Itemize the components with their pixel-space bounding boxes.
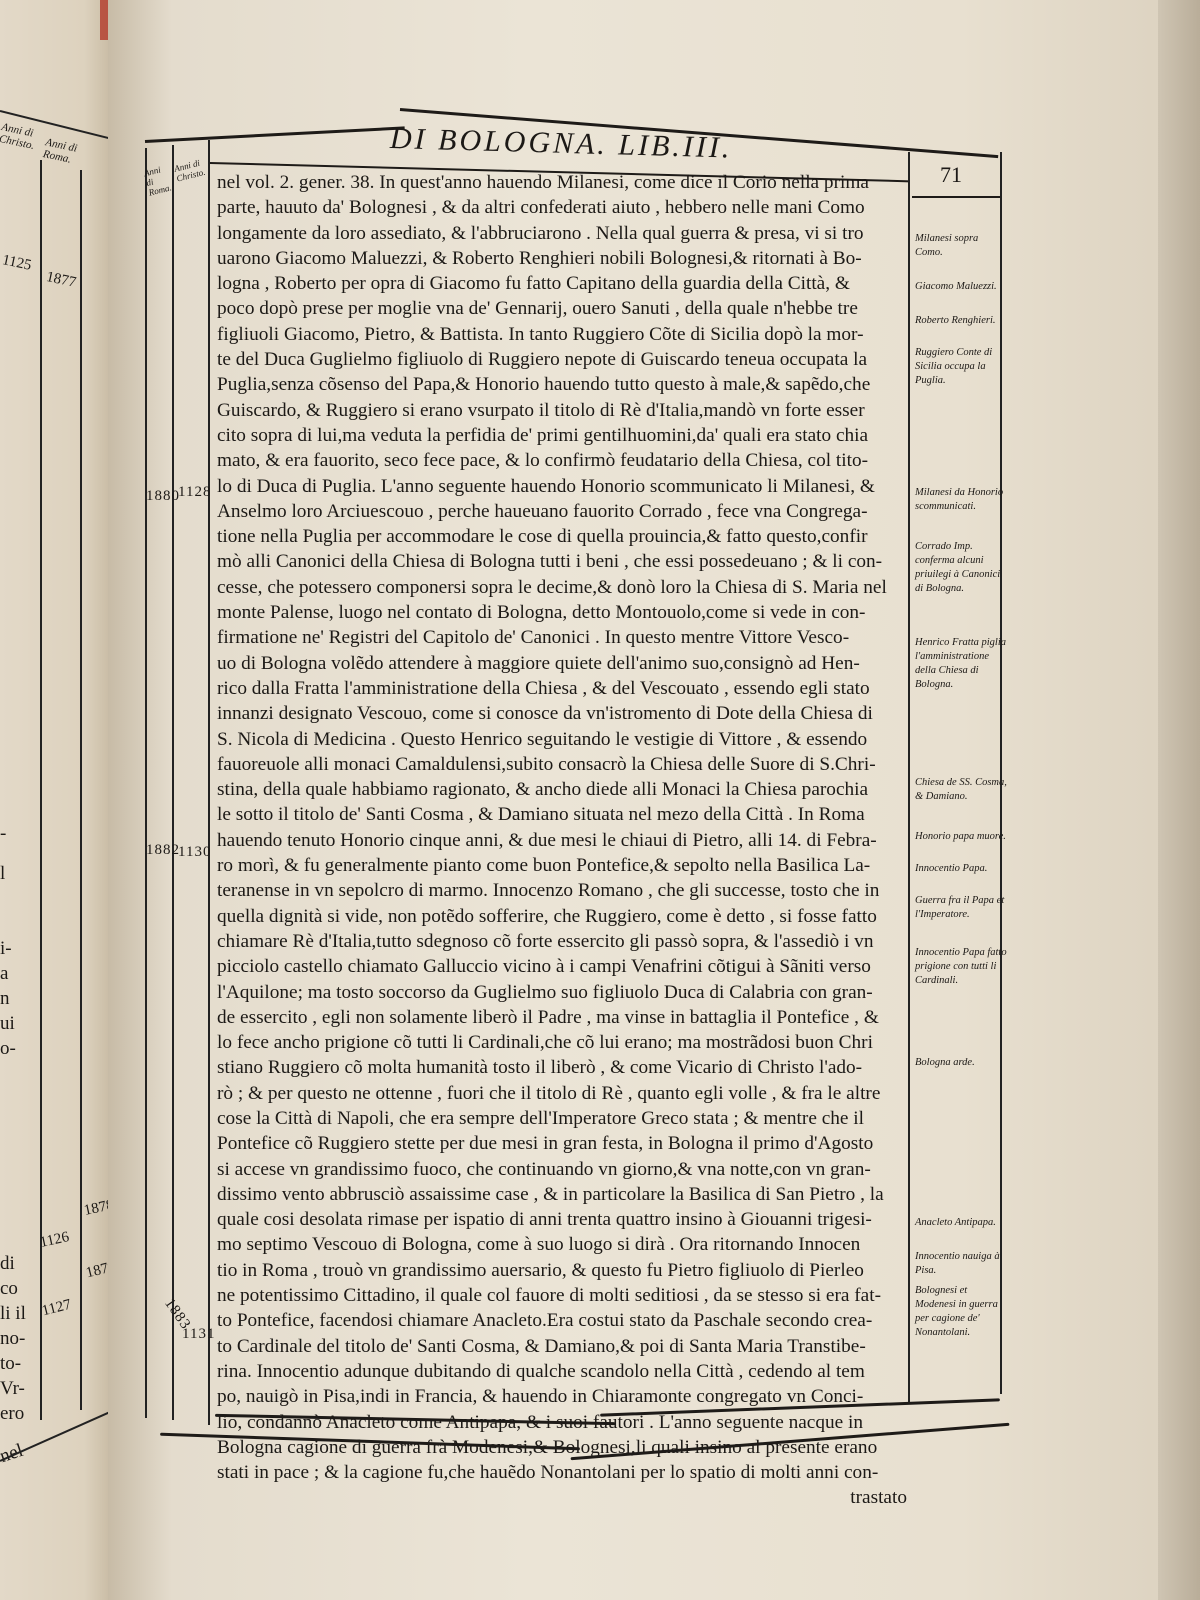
text-line: stina, della quale habbiamo ragionato, &…	[217, 777, 907, 802]
column-divider-left-outer	[145, 148, 147, 1418]
text-line: hauendo tenuto Honorio cinque anni, & du…	[217, 828, 907, 853]
text-line: Puglia,senza cõsenso del Papa,& Honorio …	[217, 372, 907, 397]
year-christo: 1130	[178, 844, 211, 861]
text-line: l'Aquilone; ma tosto soccorso da Gugliel…	[217, 980, 907, 1005]
text-line: tione nella Puglia per accommodare le co…	[217, 524, 907, 549]
text-line: mato, & era fauorito, seco fece pace, & …	[217, 448, 907, 473]
text-fragment: to-	[0, 1350, 21, 1378]
page-edge-red	[100, 0, 108, 40]
text-line: Guiscardo, & Ruggiero si erano vsurpato …	[217, 398, 907, 423]
text-line: uo di Bologna volẽdo attendere à maggior…	[217, 651, 907, 676]
text-line: lo di Duca di Puglia. L'anno seguente ha…	[217, 474, 907, 499]
marginalia-divider	[908, 152, 910, 1402]
year-roma: 1877	[45, 269, 78, 292]
marginal-note: Guerra fra il Papa et l'Imperatore.	[915, 894, 1007, 922]
marginal-note: Corrado Imp. conferma alcuni priuilegi à…	[915, 540, 1007, 596]
marginal-note: Giacomo Maluezzi.	[915, 280, 1007, 294]
text-line: chiamare Rè d'Italia,tutto sdegnoso cõ f…	[217, 929, 907, 954]
text-line: tio in Roma , trouò vn grandissimo auers…	[217, 1258, 907, 1283]
text-line: S. Nicola di Medicina . Questo Henrico s…	[217, 727, 907, 752]
text-line: dissimo vento abbrusciò assaissime case …	[217, 1182, 907, 1207]
text-line: parte, hauuto da' Bolognesi , & da altri…	[217, 195, 907, 220]
text-fragment: -	[0, 820, 6, 848]
column-header-anni-roma: Anni di Roma.	[42, 136, 84, 167]
column-divider-right-outer	[1000, 152, 1002, 1394]
marginal-note: Henrico Fratta piglia l'amministratione …	[915, 636, 1007, 692]
year-roma: 1882	[146, 842, 180, 859]
text-line: cesse, che potessero componersi sopra le…	[217, 575, 907, 600]
text-line: stiano Ruggiero cõ molta humanità tosto …	[217, 1055, 907, 1080]
marginal-note: Anacleto Antipapa.	[915, 1216, 1007, 1230]
year-christo: 1126	[39, 1229, 71, 1252]
text-line: picciolo castello chiamato Galluccio vic…	[217, 954, 907, 979]
column-divider-roma	[172, 145, 174, 1420]
background-surface	[1158, 0, 1200, 1600]
column-divider	[80, 170, 82, 1410]
column-divider	[40, 160, 42, 1420]
text-line: rico dalla Fratta l'amministratione dell…	[217, 676, 907, 701]
marginal-note: Honorio papa muore.	[915, 830, 1007, 844]
marginal-note: Innocentio Papa fatto prigione con tutti…	[915, 946, 1007, 988]
text-line: poco dopò prese per moglie vna de' Genna…	[217, 296, 907, 321]
text-line: te del Duca Guglielmo figliuolo di Ruggi…	[217, 347, 907, 372]
text-fragment: li il	[0, 1300, 26, 1328]
text-line: teranense in vn sepolcro di marmo. Innoc…	[217, 878, 907, 903]
text-line: innanzi designato Vescouo, come si conos…	[217, 701, 907, 726]
text-fragment: no-	[0, 1325, 25, 1353]
text-line: fauoreuole alli monaci Camaldulensi,subi…	[217, 752, 907, 777]
text-line: quella dignità si vide, non potẽdo soffe…	[217, 904, 907, 929]
text-line: si accese vn grandissimo fuoco, che cont…	[217, 1157, 907, 1182]
text-line: uarono Giacomo Maluezzi, & Roberto Rengh…	[217, 246, 907, 271]
text-fragment: di	[0, 1250, 15, 1278]
text-line: to Cardinale del titolo de' Santi Cosma,…	[217, 1334, 907, 1359]
text-fragment: a	[0, 960, 8, 988]
marginal-note: Bolognesi et Modenesi in guerra per cagi…	[915, 1284, 1007, 1340]
text-line: firmatione ne' Registri del Capitolo de'…	[217, 625, 907, 650]
text-fragment: ui	[0, 1010, 15, 1038]
text-fragment: co	[0, 1275, 18, 1303]
text-line: logna , Roberto per opra di Giacomo fu f…	[217, 271, 907, 296]
text-fragment: o-	[0, 1035, 16, 1063]
marginal-note: Milanesi sopra Como.	[915, 232, 1007, 260]
marginal-note: Innocentio Papa.	[915, 862, 1007, 876]
text-line: ro morì, & fu generalmente pianto come b…	[217, 853, 907, 878]
year-christo: 1128	[178, 484, 211, 501]
left-page: Anni di Christo. Anni di Roma. 1125 1877…	[0, 0, 120, 1600]
year-christo: 1127	[40, 1297, 73, 1321]
text-line: quale cosi desolata rimase per ispatio d…	[217, 1207, 907, 1232]
text-line: lo fece ancho prigione cõ tutti li Cardi…	[217, 1030, 907, 1055]
text-fragment: ero	[0, 1400, 24, 1428]
text-fragment: n	[0, 985, 10, 1013]
column-header-anni-christo: Anni di Christo.	[0, 121, 42, 153]
text-line: rò ; & per questo ne ottenne , fuori che…	[217, 1081, 907, 1106]
text-line: ne potentissimo Cittadino, il quale col …	[217, 1283, 907, 1308]
text-line: stati in pace ; & la cagione fu,che hauẽ…	[217, 1460, 907, 1485]
text-line: Pontefice cõ Ruggiero stette per due mes…	[217, 1131, 907, 1156]
text-line: monte Palense, luogo nel contato di Bolo…	[217, 600, 907, 625]
text-fragment: Vr-	[0, 1375, 25, 1403]
text-line: to Pontefice, facendosi chiamare Anaclet…	[217, 1308, 907, 1333]
marginal-note: Milanesi da Honorio scommunicati.	[915, 486, 1007, 514]
text-line: mò alli Canonici della Chiesa di Bologna…	[217, 549, 907, 574]
text-line: cito sopra di lui,ma veduta la perfidia …	[217, 423, 907, 448]
marginal-note: Innocentio nauiga à Pisa.	[915, 1250, 1007, 1278]
page-number-rule	[912, 196, 1002, 198]
text-line: rina. Innocentio adunque dubitando di qu…	[217, 1359, 907, 1384]
marginal-note: Bologna arde.	[915, 1056, 1007, 1070]
text-line: le sotto il titolo de' Santi Cosma , & D…	[217, 802, 907, 827]
text-fragment: l	[0, 860, 5, 888]
text-line: de essercito , egli non solamente liberò…	[217, 1005, 907, 1030]
text-line: figliuoli Giacomo, Pietro, & Battista. I…	[217, 322, 907, 347]
text-line: cose la Città di Napoli, che era sempre …	[217, 1106, 907, 1131]
marginal-note: Roberto Renghieri.	[915, 314, 1007, 328]
body-text: nel vol. 2. gener. 38. In quest'anno hau…	[217, 170, 907, 1511]
text-line: mo septimo Vescouo di Bologna, come à su…	[217, 1232, 907, 1257]
text-line: nel vol. 2. gener. 38. In quest'anno hau…	[217, 170, 907, 195]
year-christo: 1131	[182, 1326, 215, 1343]
text-line: longamente da loro assediato, & l'abbruc…	[217, 221, 907, 246]
text-fragment: i-	[0, 935, 12, 963]
year-roma: 1880	[146, 488, 180, 505]
year-christo: 1125	[1, 252, 33, 275]
text-line: Anselmo loro Arciuescouo , perche haueua…	[217, 499, 907, 524]
page-number: 71	[940, 162, 962, 188]
catchword: trastato	[217, 1485, 907, 1510]
column-divider-christo	[208, 140, 210, 1425]
marginal-note: Chiesa de SS. Cosma, & Damiano.	[915, 776, 1007, 804]
marginal-note: Ruggiero Conte di Sicilia occupa la Pugl…	[915, 346, 1007, 388]
